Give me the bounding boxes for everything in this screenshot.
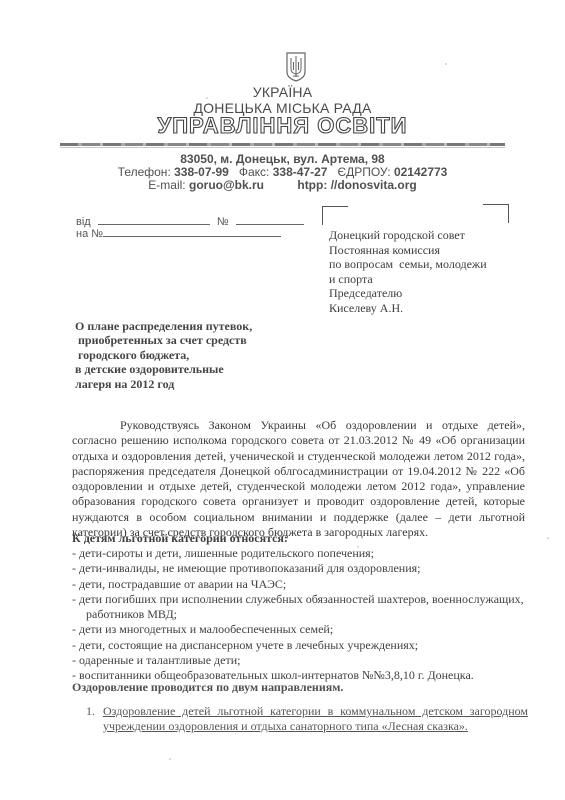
subject-line: приобретенных за счет средств <box>75 333 252 347</box>
phone-number: 338-07-99 <box>174 165 229 179</box>
direction-number: 1. <box>86 704 95 719</box>
email-address[interactable]: goruo@bk.ru <box>189 178 264 192</box>
list-item: - дети-сироты и дети, лишенные родительс… <box>72 546 524 561</box>
scan-speck <box>169 758 171 760</box>
list-item: - дети погибших при исполнении служебных… <box>72 592 524 607</box>
letterhead-divider <box>60 143 505 146</box>
phone-label: Телефон: <box>118 165 171 179</box>
reply-to-label: на № <box>76 228 103 240</box>
body-paragraph: Руководствуясь Законом Украины «Об оздор… <box>72 418 525 540</box>
department-name: УПРАВЛІННЯ ОСВІТИ <box>0 113 565 139</box>
list-item: - дети, состоящие на диспансерном учете … <box>72 638 524 653</box>
address-bracket-right <box>483 204 509 223</box>
list-item: - дети из многодетных и малообеспеченных… <box>72 622 524 637</box>
addressee-block: Донецкий городской совет Постоянная коми… <box>329 228 487 316</box>
addressee-line: Председателю <box>329 286 487 301</box>
subject-line: в детские оздоровительные <box>75 362 252 376</box>
email-label: E-mail: <box>148 178 185 192</box>
addressee-line: по вопросам семьи, молодежи <box>329 257 487 272</box>
scan-speck <box>547 537 549 539</box>
scan-speck <box>445 63 447 65</box>
categories-heading: К детям льготной категории относятся: <box>72 531 288 546</box>
directions-heading: Оздоровление проводится по двум направле… <box>72 680 343 695</box>
trident-coat-of-arms-icon <box>286 52 306 82</box>
subject-line: лагеря на 2012 год <box>75 377 252 391</box>
addressee-line: Донецкий городской совет <box>329 228 487 243</box>
edrpou-label: ЄДРПОУ: <box>337 165 390 179</box>
fax-label: Факс: <box>239 165 270 179</box>
list-item: - одаренные и талантливые дети; <box>72 653 524 668</box>
date-blank <box>98 214 210 225</box>
subject-block: О плане распределения путевок, приобрете… <box>75 319 252 391</box>
address-bracket-left <box>322 206 348 225</box>
country-name: УКРАЇНА <box>0 84 565 100</box>
subject-line: О плане распределения путевок, <box>75 319 252 333</box>
number-blank <box>236 214 304 225</box>
phone-fax-line: Телефон: 338-07-99 Факс: 338-47-27 ЄДРПО… <box>0 165 565 179</box>
direction-item: 1. Оздоровление детей льготной категории… <box>103 704 528 734</box>
list-item-continuation: работников МВД; <box>72 607 524 622</box>
web-label: htpp: <box>297 178 327 192</box>
direction-text: Оздоровление детей льготной категории в … <box>103 704 528 734</box>
addressee-line: и спорта <box>329 272 487 287</box>
addressee-line: Постоянная комиссия <box>329 243 487 258</box>
address: 83050, м. Донецьк, вул. Артема, 98 <box>0 152 565 166</box>
reference-reply-line: на № <box>76 226 281 240</box>
scan-speck <box>357 546 359 548</box>
reply-number-blank <box>103 226 281 237</box>
edrpou-number: 02142773 <box>394 165 447 179</box>
list-item: - дети-инвалиды, не имеющие противопоказ… <box>72 561 524 576</box>
scan-speck <box>206 97 208 99</box>
addressee-line: Киселеву А.Н. <box>329 301 487 316</box>
body-text: Руководствуясь Законом Украины «Об оздор… <box>72 418 525 540</box>
email-web-line: E-mail: goruo@bk.ru htpp: //donosvita.or… <box>0 178 565 192</box>
subject-line: городского бюджета, <box>75 348 252 362</box>
web-address[interactable]: //donosvita.org <box>331 178 417 192</box>
fax-number: 338-47-27 <box>273 165 328 179</box>
letterhead-divider-thin <box>60 147 505 148</box>
categories-list: - дети-сироты и дети, лишенные родительс… <box>72 546 524 684</box>
list-item: - дети, пострадавшие от аварии на ЧАЭС; <box>72 577 524 592</box>
